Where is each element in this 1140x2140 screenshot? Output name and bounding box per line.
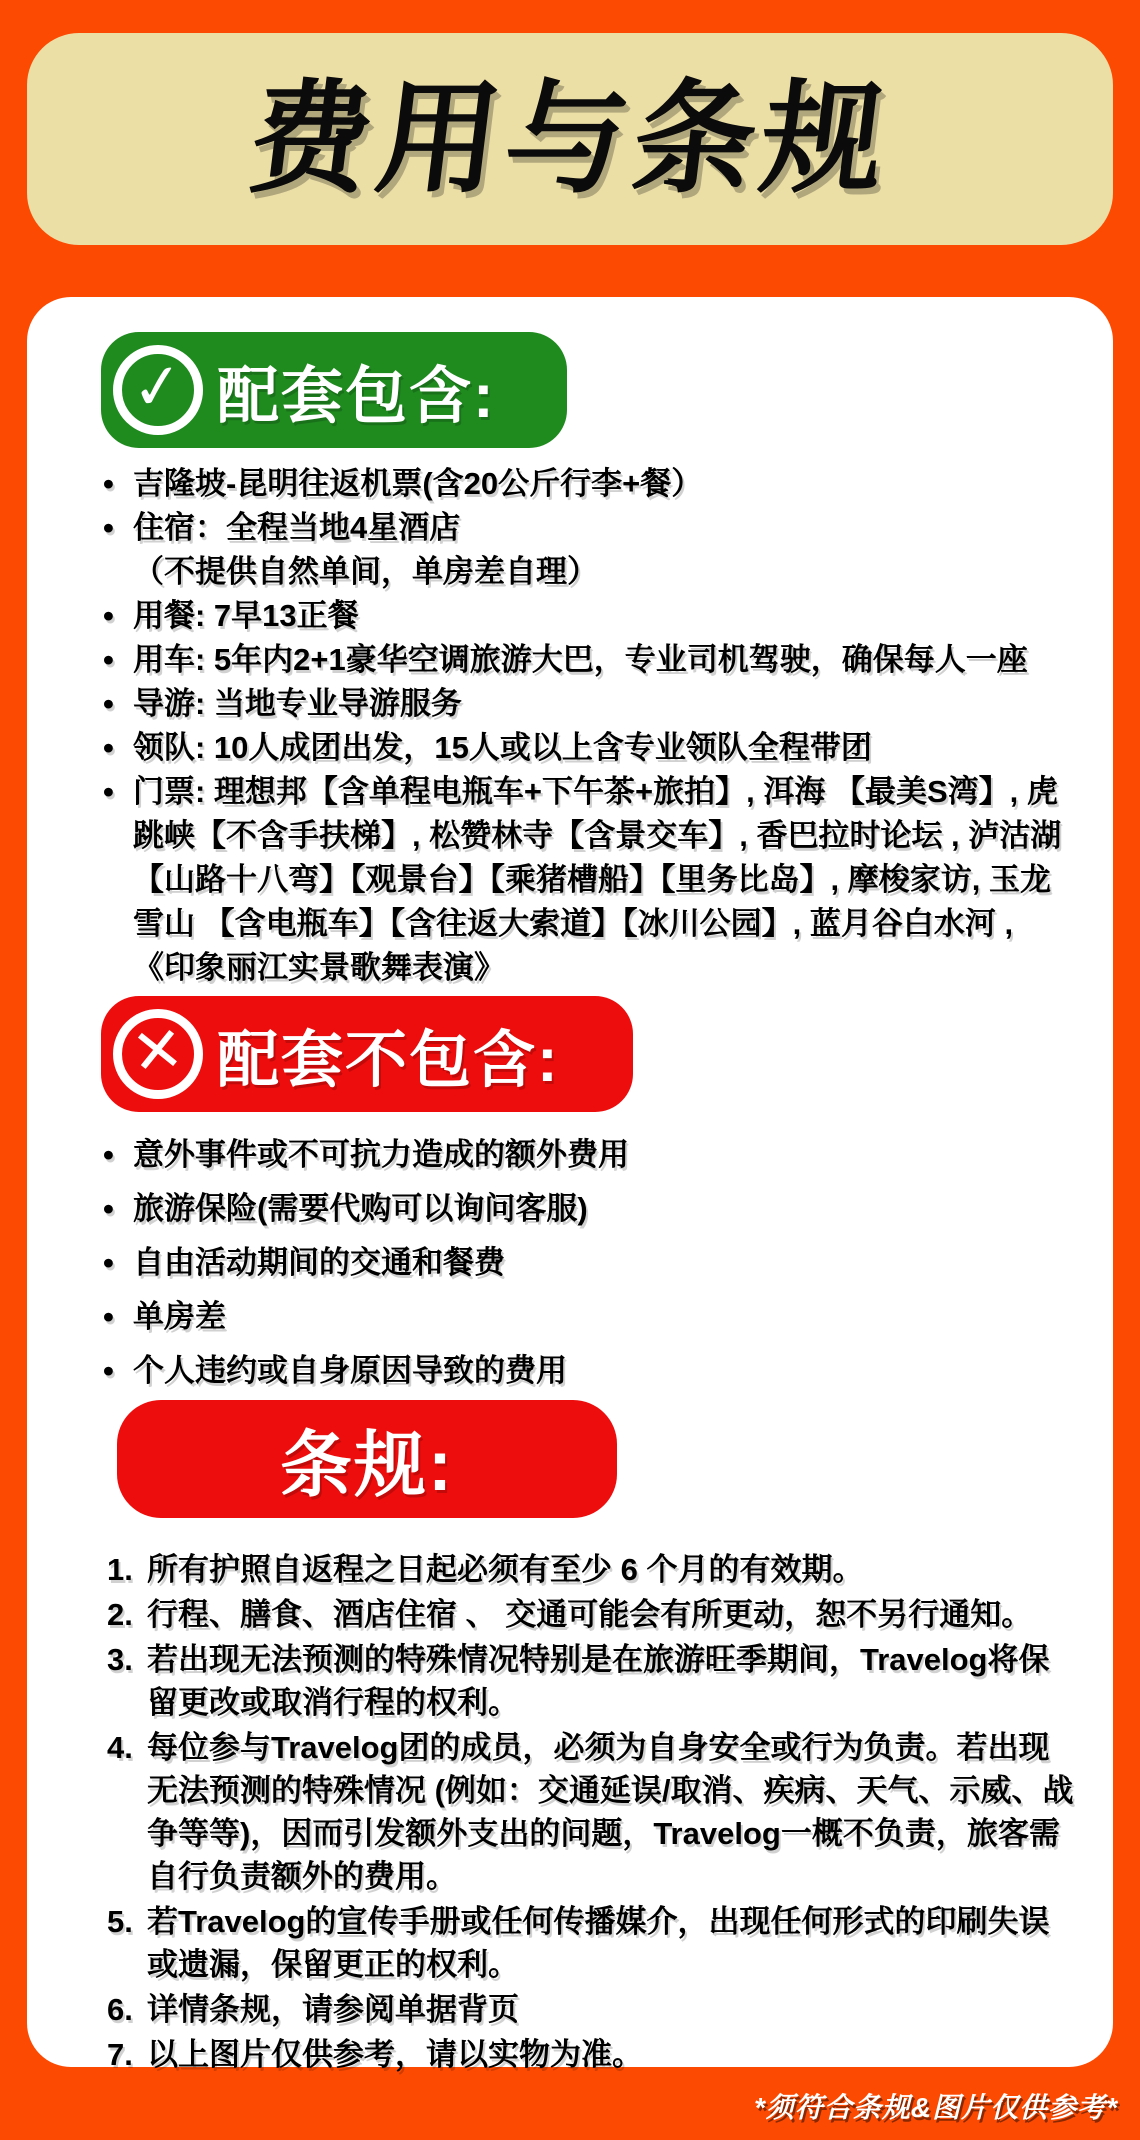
included-item: 住宿：全程当地4星酒店 （不提供自然单间，单房差自理） bbox=[101, 506, 1075, 594]
term-text: 行程、膳食、酒店住宿 、 交通可能会有所更动，恕不另行通知。 bbox=[147, 1597, 1032, 1632]
excluded-item: 自由活动期间的交通和餐费 bbox=[101, 1236, 1075, 1290]
term-number: 5. bbox=[107, 1900, 133, 1943]
term-text: 每位参与Travelog团的成员，必须为自身安全或行为负责。若出现无法预测的特殊… bbox=[147, 1730, 1074, 1894]
included-item-text: 吉隆坡-昆明往返机票(含20公斤行李+餐） bbox=[133, 466, 702, 501]
term-item: 7. 以上图片仅供参考，请以实物为准。 bbox=[107, 2033, 1075, 2076]
title-banner: 费用与条规 bbox=[27, 33, 1113, 245]
included-item-text: 领队: 10人成团出发，15人或以上含专业领队全程带团 bbox=[133, 730, 872, 765]
term-text: 详情条规，请参阅单据背页 bbox=[147, 1992, 519, 2027]
cross-icon: ✕ bbox=[129, 1018, 187, 1085]
term-number: 3. bbox=[107, 1638, 133, 1681]
term-item: 1. 所有护照自返程之日起必须有至少 6 个月的有效期。 bbox=[107, 1548, 1075, 1591]
term-item: 4. 每位参与Travelog团的成员，必须为自身安全或行为负责。若出现无法预测… bbox=[107, 1726, 1075, 1898]
included-item: 导游: 当地专业导游服务 bbox=[101, 682, 1075, 726]
excluded-item: 旅游保险(需要代购可以询问客服) bbox=[101, 1182, 1075, 1236]
term-item: 2. 行程、膳食、酒店住宿 、 交通可能会有所更动，恕不另行通知。 bbox=[107, 1593, 1075, 1636]
included-badge: ✓ 配套包含: bbox=[101, 332, 567, 448]
term-item: 3. 若出现无法预测的特殊情况特别是在旅游旺季期间，Travelog将保留更改或… bbox=[107, 1638, 1075, 1724]
excluded-item-text: 个人违约或自身原因导致的费用 bbox=[133, 1353, 567, 1388]
terms-badge: 条规: bbox=[117, 1400, 617, 1518]
term-text: 若出现无法预测的特殊情况特别是在旅游旺季期间，Travelog将保留更改或取消行… bbox=[147, 1642, 1050, 1720]
terms-badge-label: 条规: bbox=[280, 1407, 454, 1511]
included-item-text: 门票: 理想邦【含单程电瓶车+下午茶+旅拍】, 洱海 【最美S湾】, 虎跳峡【不… bbox=[133, 774, 1061, 985]
included-item-text: 住宿：全程当地4星酒店 （不提供自然单间，单房差自理） bbox=[133, 510, 598, 589]
term-item: 5. 若Travelog的宣传手册或任何传播媒介，出现任何形式的印刷失误或遗漏，… bbox=[107, 1900, 1075, 1986]
included-item: 吉隆坡-昆明往返机票(含20公斤行李+餐） bbox=[101, 462, 1075, 506]
excluded-item-text: 自由活动期间的交通和餐费 bbox=[133, 1245, 505, 1280]
cross-circle-icon: ✕ bbox=[113, 1009, 203, 1099]
footer-note: *须符合条规&图片仅供参考* bbox=[754, 2086, 1118, 2126]
term-number: 2. bbox=[107, 1593, 133, 1636]
term-number: 6. bbox=[107, 1988, 133, 2031]
term-number: 4. bbox=[107, 1726, 133, 1769]
term-number: 1. bbox=[107, 1548, 133, 1591]
check-circle-icon: ✓ bbox=[113, 345, 203, 435]
included-item: 用车: 5年内2+1豪华空调旅游大巴，专业司机驾驶，确保每人一座 bbox=[101, 638, 1075, 682]
check-icon: ✓ bbox=[129, 354, 187, 421]
excluded-list: 意外事件或不可抗力造成的额外费用 旅游保险(需要代购可以询问客服) 自由活动期间… bbox=[101, 1128, 1075, 1398]
excluded-badge: ✕ 配套不包含: bbox=[101, 996, 633, 1112]
included-item-text: 导游: 当地专业导游服务 bbox=[133, 686, 462, 721]
included-item: 用餐: 7早13正餐 bbox=[101, 594, 1075, 638]
page-title: 费用与条规 bbox=[243, 78, 898, 200]
included-item: 门票: 理想邦【含单程电瓶车+下午茶+旅拍】, 洱海 【最美S湾】, 虎跳峡【不… bbox=[101, 770, 1075, 990]
excluded-item-text: 旅游保险(需要代购可以询问客服) bbox=[133, 1191, 588, 1226]
term-text: 以上图片仅供参考，请以实物为准。 bbox=[147, 2037, 643, 2072]
terms-list: 1. 所有护照自返程之日起必须有至少 6 个月的有效期。 2. 行程、膳食、酒店… bbox=[107, 1548, 1075, 2076]
term-text: 若Travelog的宣传手册或任何传播媒介，出现任何形式的印刷失误或遗漏，保留更… bbox=[147, 1904, 1050, 1982]
included-item-text: 用车: 5年内2+1豪华空调旅游大巴，专业司机驾驶，确保每人一座 bbox=[133, 642, 1028, 677]
included-item-text: 用餐: 7早13正餐 bbox=[133, 598, 359, 633]
content-card: ✓ 配套包含: 吉隆坡-昆明往返机票(含20公斤行李+餐） 住宿：全程当地4星酒… bbox=[27, 297, 1113, 2067]
excluded-item: 单房差 bbox=[101, 1290, 1075, 1344]
excluded-item-text: 意外事件或不可抗力造成的额外费用 bbox=[133, 1137, 629, 1172]
included-item: 领队: 10人成团出发，15人或以上含专业领队全程带团 bbox=[101, 726, 1075, 770]
excluded-badge-label: 配套不包含: bbox=[217, 1010, 560, 1099]
excluded-item: 个人违约或自身原因导致的费用 bbox=[101, 1344, 1075, 1398]
term-number: 7. bbox=[107, 2033, 133, 2076]
term-text: 所有护照自返程之日起必须有至少 6 个月的有效期。 bbox=[147, 1552, 863, 1587]
excluded-item-text: 单房差 bbox=[133, 1299, 226, 1334]
excluded-item: 意外事件或不可抗力造成的额外费用 bbox=[101, 1128, 1075, 1182]
included-list: 吉隆坡-昆明往返机票(含20公斤行李+餐） 住宿：全程当地4星酒店 （不提供自然… bbox=[101, 462, 1075, 990]
included-badge-label: 配套包含: bbox=[217, 346, 496, 435]
term-item: 6. 详情条规，请参阅单据背页 bbox=[107, 1988, 1075, 2031]
